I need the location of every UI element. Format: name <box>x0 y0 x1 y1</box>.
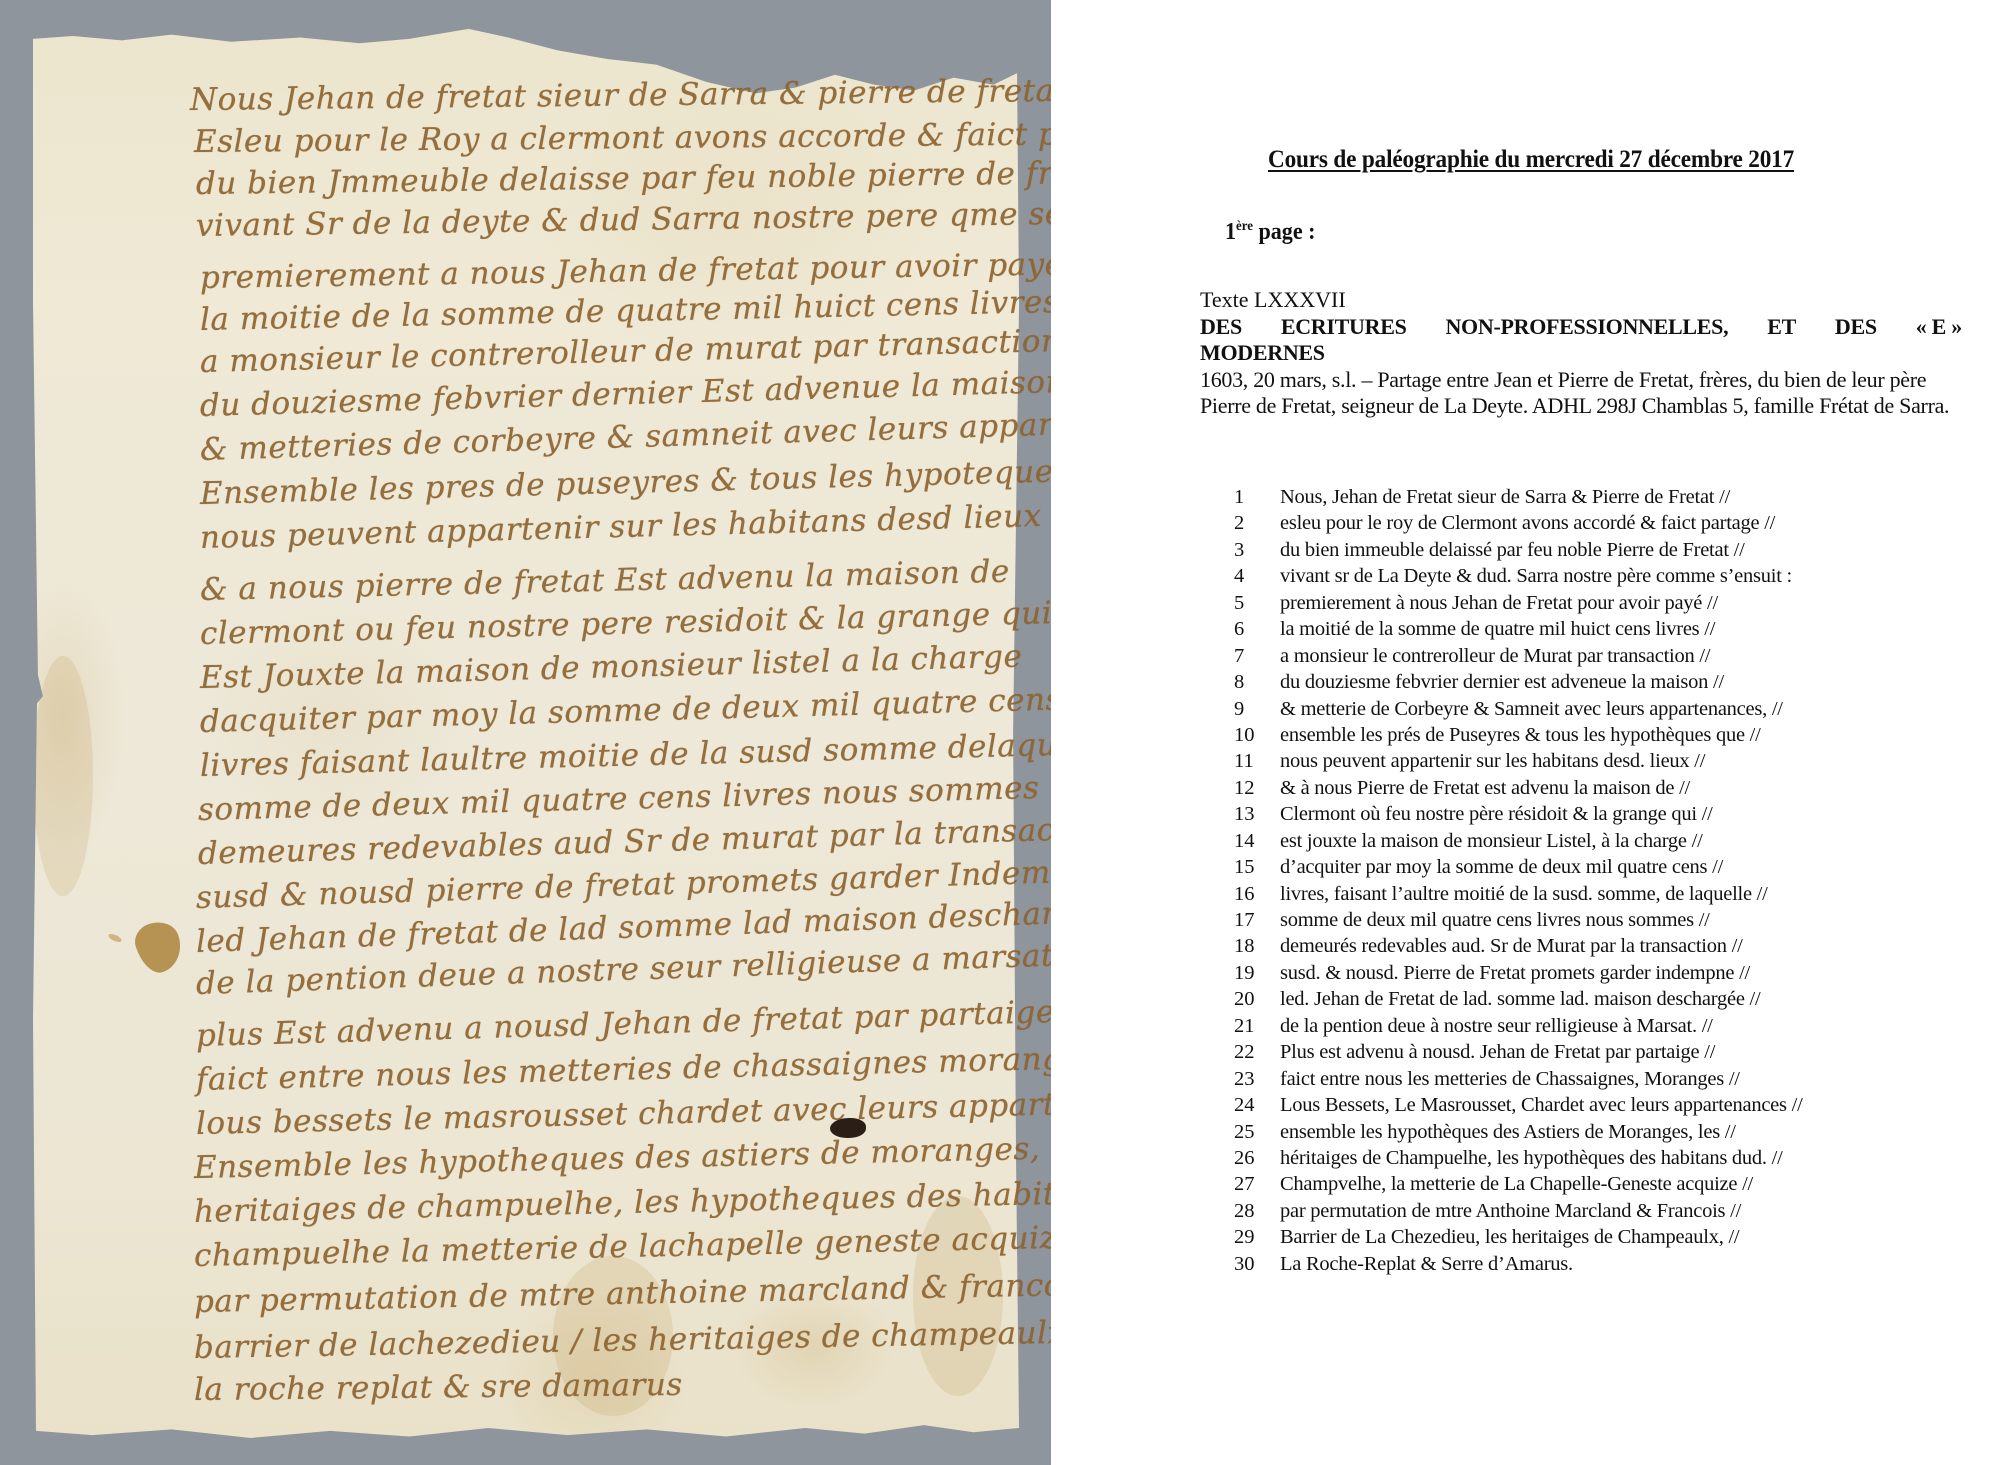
line-number: 26 <box>1234 1145 1280 1171</box>
line-number: 21 <box>1234 1013 1280 1039</box>
line-number: 28 <box>1234 1198 1280 1224</box>
line-number: 18 <box>1234 933 1280 959</box>
line-number: 6 <box>1234 616 1280 642</box>
line-number: 17 <box>1234 907 1280 933</box>
manuscript-line: Esleu pour le Roy a clermont avons accor… <box>194 116 1051 160</box>
transcription-line: 7a monsieur le contrerolleur de Murat pa… <box>1234 643 1803 669</box>
line-number: 24 <box>1234 1092 1280 1118</box>
transcription-line: 8du douziesme febvrier dernier est adven… <box>1234 669 1803 695</box>
page-label: 1ère page : <box>1225 219 1316 246</box>
transcription-line: 12& à nous Pierre de Fretat est advenu l… <box>1234 775 1803 801</box>
transcription-line: 30La Roche-Replat & Serre d’Amarus. <box>1234 1251 1803 1277</box>
line-text: livres, faisant l’aultre moitié de la su… <box>1280 881 1768 907</box>
line-number: 2 <box>1234 510 1280 536</box>
transcription-line: 25ensemble les hypothèques des Astiers d… <box>1234 1119 1803 1145</box>
line-number: 23 <box>1234 1066 1280 1092</box>
line-number: 15 <box>1234 854 1280 880</box>
line-text: esleu pour le roy de Clermont avons acco… <box>1280 510 1775 536</box>
document-description: 1603, 20 mars, s.l. – Partage entre Jean… <box>1200 367 1962 420</box>
line-text: la moitié de la somme de quatre mil huic… <box>1280 616 1715 642</box>
line-text: & à nous Pierre de Fretat est advenu la … <box>1280 775 1690 801</box>
line-text: Champvelhe, la metterie de La Chapelle-G… <box>1280 1171 1753 1197</box>
line-text: somme de deux mil quatre cens livres nou… <box>1280 907 1710 933</box>
page-ordinal-superscript: ère <box>1236 219 1253 234</box>
transcription-lines: 1Nous, Jehan de Fretat sieur de Sarra & … <box>1234 484 1803 1277</box>
transcription-line: 15d’acquiter par moy la somme de deux mi… <box>1234 854 1803 880</box>
line-text: faict entre nous les metteries de Chassa… <box>1280 1066 1740 1092</box>
subtitle-word: DES <box>1835 314 1877 341</box>
line-number: 20 <box>1234 986 1280 1012</box>
line-text: héritaiges de Champuelhe, les hypothèque… <box>1280 1145 1783 1171</box>
transcription-line: 3du bien immeuble delaissé par feu noble… <box>1234 537 1803 563</box>
line-text: d’acquiter par moy la somme de deux mil … <box>1280 854 1723 880</box>
transcription-line: 29Barrier de La Chezedieu, les heritaige… <box>1234 1224 1803 1250</box>
line-number: 19 <box>1234 960 1280 986</box>
line-text: de la pention deue à nostre seur relligi… <box>1280 1013 1713 1039</box>
transcription-line: 18demeurés redevables aud. Sr de Murat p… <box>1234 933 1803 959</box>
page-label-text: page : <box>1253 219 1316 245</box>
line-number: 8 <box>1234 669 1280 695</box>
transcription-line: 4vivant sr de La Deyte & dud. Sarra nost… <box>1234 563 1803 589</box>
line-text: ensemble les hypothèques des Astiers de … <box>1280 1119 1736 1145</box>
transcription-line: 27Champvelhe, la metterie de La Chapelle… <box>1234 1171 1803 1197</box>
transcription-panel: Cours de paléographie du mercredi 27 déc… <box>1051 0 2000 1465</box>
text-number: Texte LXXXVII <box>1200 287 1962 314</box>
line-text: Plus est advenu à nousd. Jehan de Fretat… <box>1280 1039 1715 1065</box>
transcription-line: 26héritaiges de Champuelhe, les hypothèq… <box>1234 1145 1803 1171</box>
transcription-line: 5premierement à nous Jehan de Fretat pou… <box>1234 590 1803 616</box>
line-number: 25 <box>1234 1119 1280 1145</box>
line-text: & metterie de Corbeyre & Samneit avec le… <box>1280 696 1783 722</box>
line-number: 10 <box>1234 722 1280 748</box>
transcription-line: 14est jouxte la maison de monsieur Liste… <box>1234 828 1803 854</box>
line-text: Clermont où feu nostre père résidoit & l… <box>1280 801 1713 827</box>
transcription-line: 11nous peuvent appartenir sur les habita… <box>1234 748 1803 774</box>
subtitle-word: DES <box>1200 314 1242 341</box>
line-text: ensemble les prés de Puseyres & tous les… <box>1280 722 1761 748</box>
line-number: 3 <box>1234 537 1280 563</box>
line-number: 14 <box>1234 828 1280 854</box>
line-text: premierement à nous Jehan de Fretat pour… <box>1280 590 1718 616</box>
line-text: La Roche-Replat & Serre d’Amarus. <box>1280 1251 1573 1277</box>
subtitle-word: ECRITURES <box>1281 314 1407 341</box>
line-number: 30 <box>1234 1251 1280 1277</box>
transcription-line: 16livres, faisant l’aultre moitié de la … <box>1234 881 1803 907</box>
line-number: 9 <box>1234 696 1280 722</box>
line-text: nous peuvent appartenir sur les habitans… <box>1280 748 1705 774</box>
line-text: du bien immeuble delaissé par feu noble … <box>1280 537 1745 563</box>
transcription-line: 23faict entre nous les metteries de Chas… <box>1234 1066 1803 1092</box>
transcription-line: 24Lous Bessets, Le Masrousset, Chardet a… <box>1234 1092 1803 1118</box>
line-number: 1 <box>1234 484 1280 510</box>
transcription-line: 10ensemble les prés de Puseyres & tous l… <box>1234 722 1803 748</box>
subtitle-word: « E » <box>1916 314 1962 341</box>
line-text: est jouxte la maison de monsieur Listel,… <box>1280 828 1703 854</box>
line-number: 11 <box>1234 748 1280 774</box>
transcription-line: 17somme de deux mil quatre cens livres n… <box>1234 907 1803 933</box>
line-number: 16 <box>1234 881 1280 907</box>
manuscript-line: la roche replat & sre damarus <box>194 1367 683 1408</box>
transcription-line: 2esleu pour le roy de Clermont avons acc… <box>1234 510 1803 536</box>
line-text: demeurés redevables aud. Sr de Murat par… <box>1280 933 1743 959</box>
line-number: 29 <box>1234 1224 1280 1250</box>
line-text: du douziesme febvrier dernier est advene… <box>1280 669 1724 695</box>
transcription-line: 21de la pention deue à nostre seur relli… <box>1234 1013 1803 1039</box>
transcription-line: 9& metterie de Corbeyre & Samneit avec l… <box>1234 696 1803 722</box>
transcription-line: 19susd. & nousd. Pierre de Fretat promet… <box>1234 960 1803 986</box>
line-text: a monsieur le contrerolleur de Murat par… <box>1280 643 1710 669</box>
manuscript-photo: Nous Jehan de fretat sieur de Sarra & pi… <box>0 0 1051 1465</box>
transcription-line: 22Plus est advenu à nousd. Jehan de Fret… <box>1234 1039 1803 1065</box>
line-text: susd. & nousd. Pierre de Fretat promets … <box>1280 960 1750 986</box>
line-text: par permutation de mtre Anthoine Marclan… <box>1280 1198 1741 1224</box>
transcription-line: 1Nous, Jehan de Fretat sieur de Sarra & … <box>1234 484 1803 510</box>
line-text: vivant sr de La Deyte & dud. Sarra nostr… <box>1280 563 1792 589</box>
line-number: 7 <box>1234 643 1280 669</box>
transcription-line: 13Clermont où feu nostre père résidoit &… <box>1234 801 1803 827</box>
paper-hole <box>830 1118 866 1138</box>
page-number: 1 <box>1225 219 1236 245</box>
line-number: 5 <box>1234 590 1280 616</box>
subtitle-word: ET <box>1767 314 1796 341</box>
subtitle-line-1: DES ECRITURES NON-PROFESSIONNELLES, ET D… <box>1200 314 1962 341</box>
line-number: 22 <box>1234 1039 1280 1065</box>
line-text: Nous, Jehan de Fretat sieur de Sarra & P… <box>1280 484 1730 510</box>
course-title: Cours de paléographie du mercredi 27 déc… <box>1268 146 1794 174</box>
line-number: 4 <box>1234 563 1280 589</box>
document-header: Texte LXXXVII DES ECRITURES NON-PROFESSI… <box>1200 287 1962 420</box>
line-text: led. Jehan de Fretat de lad. somme lad. … <box>1280 986 1760 1012</box>
transcription-line: 28par permutation de mtre Anthoine Marcl… <box>1234 1198 1803 1224</box>
subtitle-word: NON-PROFESSIONNELLES, <box>1445 314 1728 341</box>
subtitle-line-2: MODERNES <box>1200 340 1962 367</box>
line-number: 13 <box>1234 801 1280 827</box>
water-stain <box>33 656 93 896</box>
line-number: 27 <box>1234 1171 1280 1197</box>
line-number: 12 <box>1234 775 1280 801</box>
line-text: Lous Bessets, Le Masrousset, Chardet ave… <box>1280 1092 1803 1118</box>
line-text: Barrier de La Chezedieu, les heritaiges … <box>1280 1224 1739 1250</box>
transcription-line: 20led. Jehan de Fretat de lad. somme lad… <box>1234 986 1803 1012</box>
transcription-line: 6la moitié de la somme de quatre mil hui… <box>1234 616 1803 642</box>
